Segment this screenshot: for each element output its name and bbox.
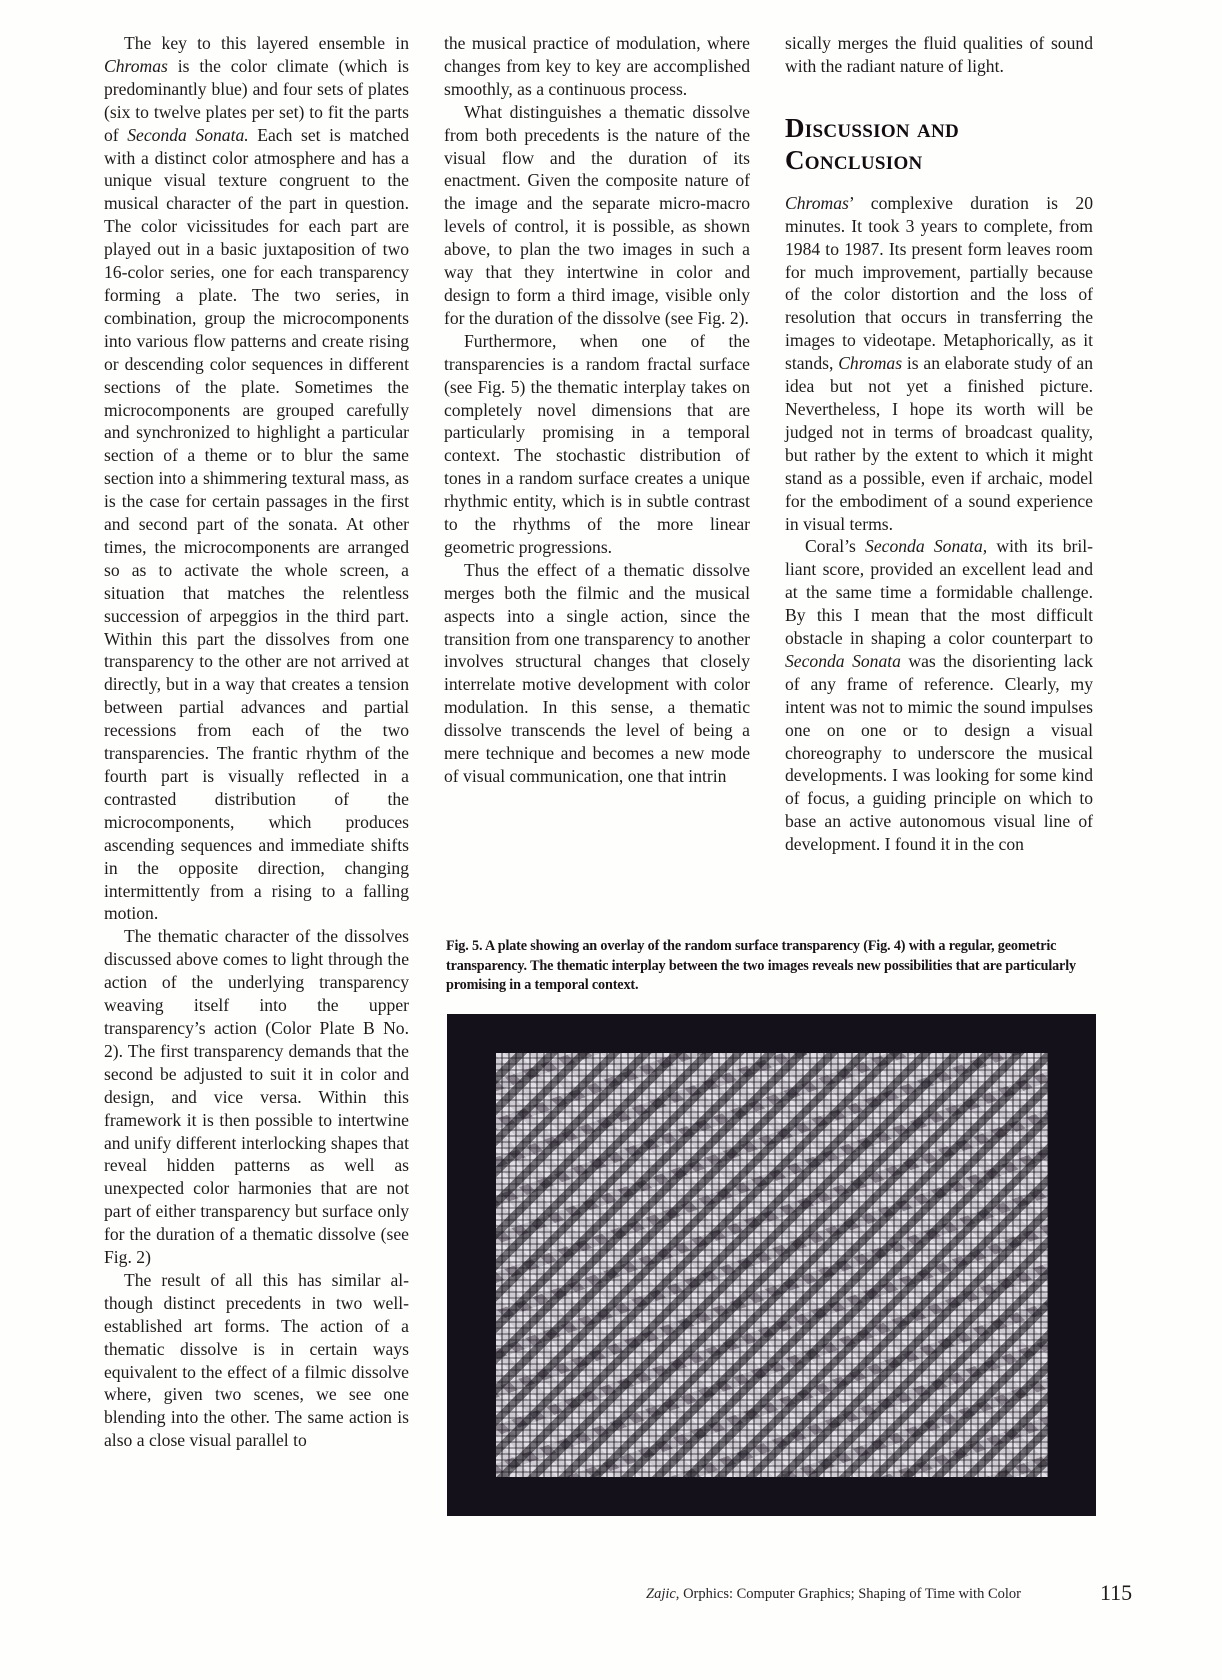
- paragraph: The thematic character of the dis­solves…: [104, 925, 409, 1269]
- text-run: Furthermore, when one of the transparenc…: [444, 331, 750, 557]
- paragraph: the musical practice of modulation, wher…: [444, 32, 750, 101]
- text-run: the musical practice of modulation, wher…: [444, 33, 750, 99]
- section-heading-discussion: Discussion and Conclusion: [785, 112, 1093, 176]
- italic-title: Chromas: [838, 353, 902, 373]
- paper-page: The key to this layered ensemble in Chro…: [0, 0, 1222, 1680]
- paragraph: The result of all this has similar al­th…: [104, 1269, 409, 1452]
- italic-title: Seconda Sonata,: [865, 536, 987, 556]
- footer-title: Orphics: Computer Graphics; Shaping of T…: [679, 1586, 1021, 1602]
- text-run: The thematic character of the dis­solves…: [104, 926, 409, 1267]
- paragraph: Chromas’ complexive duration is 20 minut…: [785, 192, 1093, 536]
- text-run: Coral’s: [805, 536, 865, 556]
- italic-title: Chromas: [104, 56, 168, 76]
- italic-title: Seconda Sonata.: [127, 125, 248, 145]
- paragraph: sically merges the fluid qualities of so…: [785, 32, 1093, 78]
- text-run: Each set is matched with a distinct colo…: [104, 125, 409, 924]
- paragraph: Furthermore, when one of the transparenc…: [444, 330, 750, 559]
- right-column-top-paragraph: sically merges the fluid qualities of so…: [785, 32, 1093, 78]
- text-column-middle: the musical practice of modulation, wher…: [444, 32, 750, 788]
- paragraph: The key to this layered ensemble in Chro…: [104, 32, 409, 925]
- right-column-body: Chromas’ complexive duration is 20 minut…: [785, 192, 1093, 856]
- text-run: The result of all this has similar al­th…: [104, 1270, 409, 1450]
- text-run: What distinguishes a thematic dis­solve …: [444, 102, 750, 328]
- paragraph: Coral’s Seconda Sonata, with its bril­li…: [785, 535, 1093, 856]
- italic-title: Chromas: [785, 193, 849, 213]
- text-column-left: The key to this layered ensemble in Chro…: [104, 32, 409, 1452]
- italic-title: Seconda Sonata: [785, 651, 901, 671]
- running-footer: Zajic, Orphics: Computer Graphics; Shapi…: [646, 1586, 1021, 1603]
- figure-5-plate-image: [447, 1014, 1096, 1516]
- figure-caption: Fig. 5. A plate showing an overlay of th…: [446, 937, 1096, 996]
- paragraph: Thus the effect of a thematic dis­solve …: [444, 559, 750, 788]
- text-run: is an elaborate study of an idea but not…: [785, 353, 1093, 533]
- fractal-surface-overlay-image: [496, 1053, 1048, 1477]
- paragraph: What distinguishes a thematic dis­solve …: [444, 101, 750, 330]
- page-number: 115: [1100, 1580, 1132, 1606]
- text-run: Thus the effect of a thematic dis­solve …: [444, 560, 750, 786]
- text-run: The key to this layered ensemble in: [124, 33, 409, 53]
- footer-author: Zajic,: [646, 1586, 679, 1602]
- text-run: sically merges the fluid qualities of so…: [785, 33, 1093, 76]
- text-run: was the disorienting lack of any frame o…: [785, 651, 1093, 854]
- text-column-right: sically merges the fluid qualities of so…: [785, 32, 1093, 856]
- text-run: ’ complexive duration is 20 minutes. It …: [785, 193, 1093, 373]
